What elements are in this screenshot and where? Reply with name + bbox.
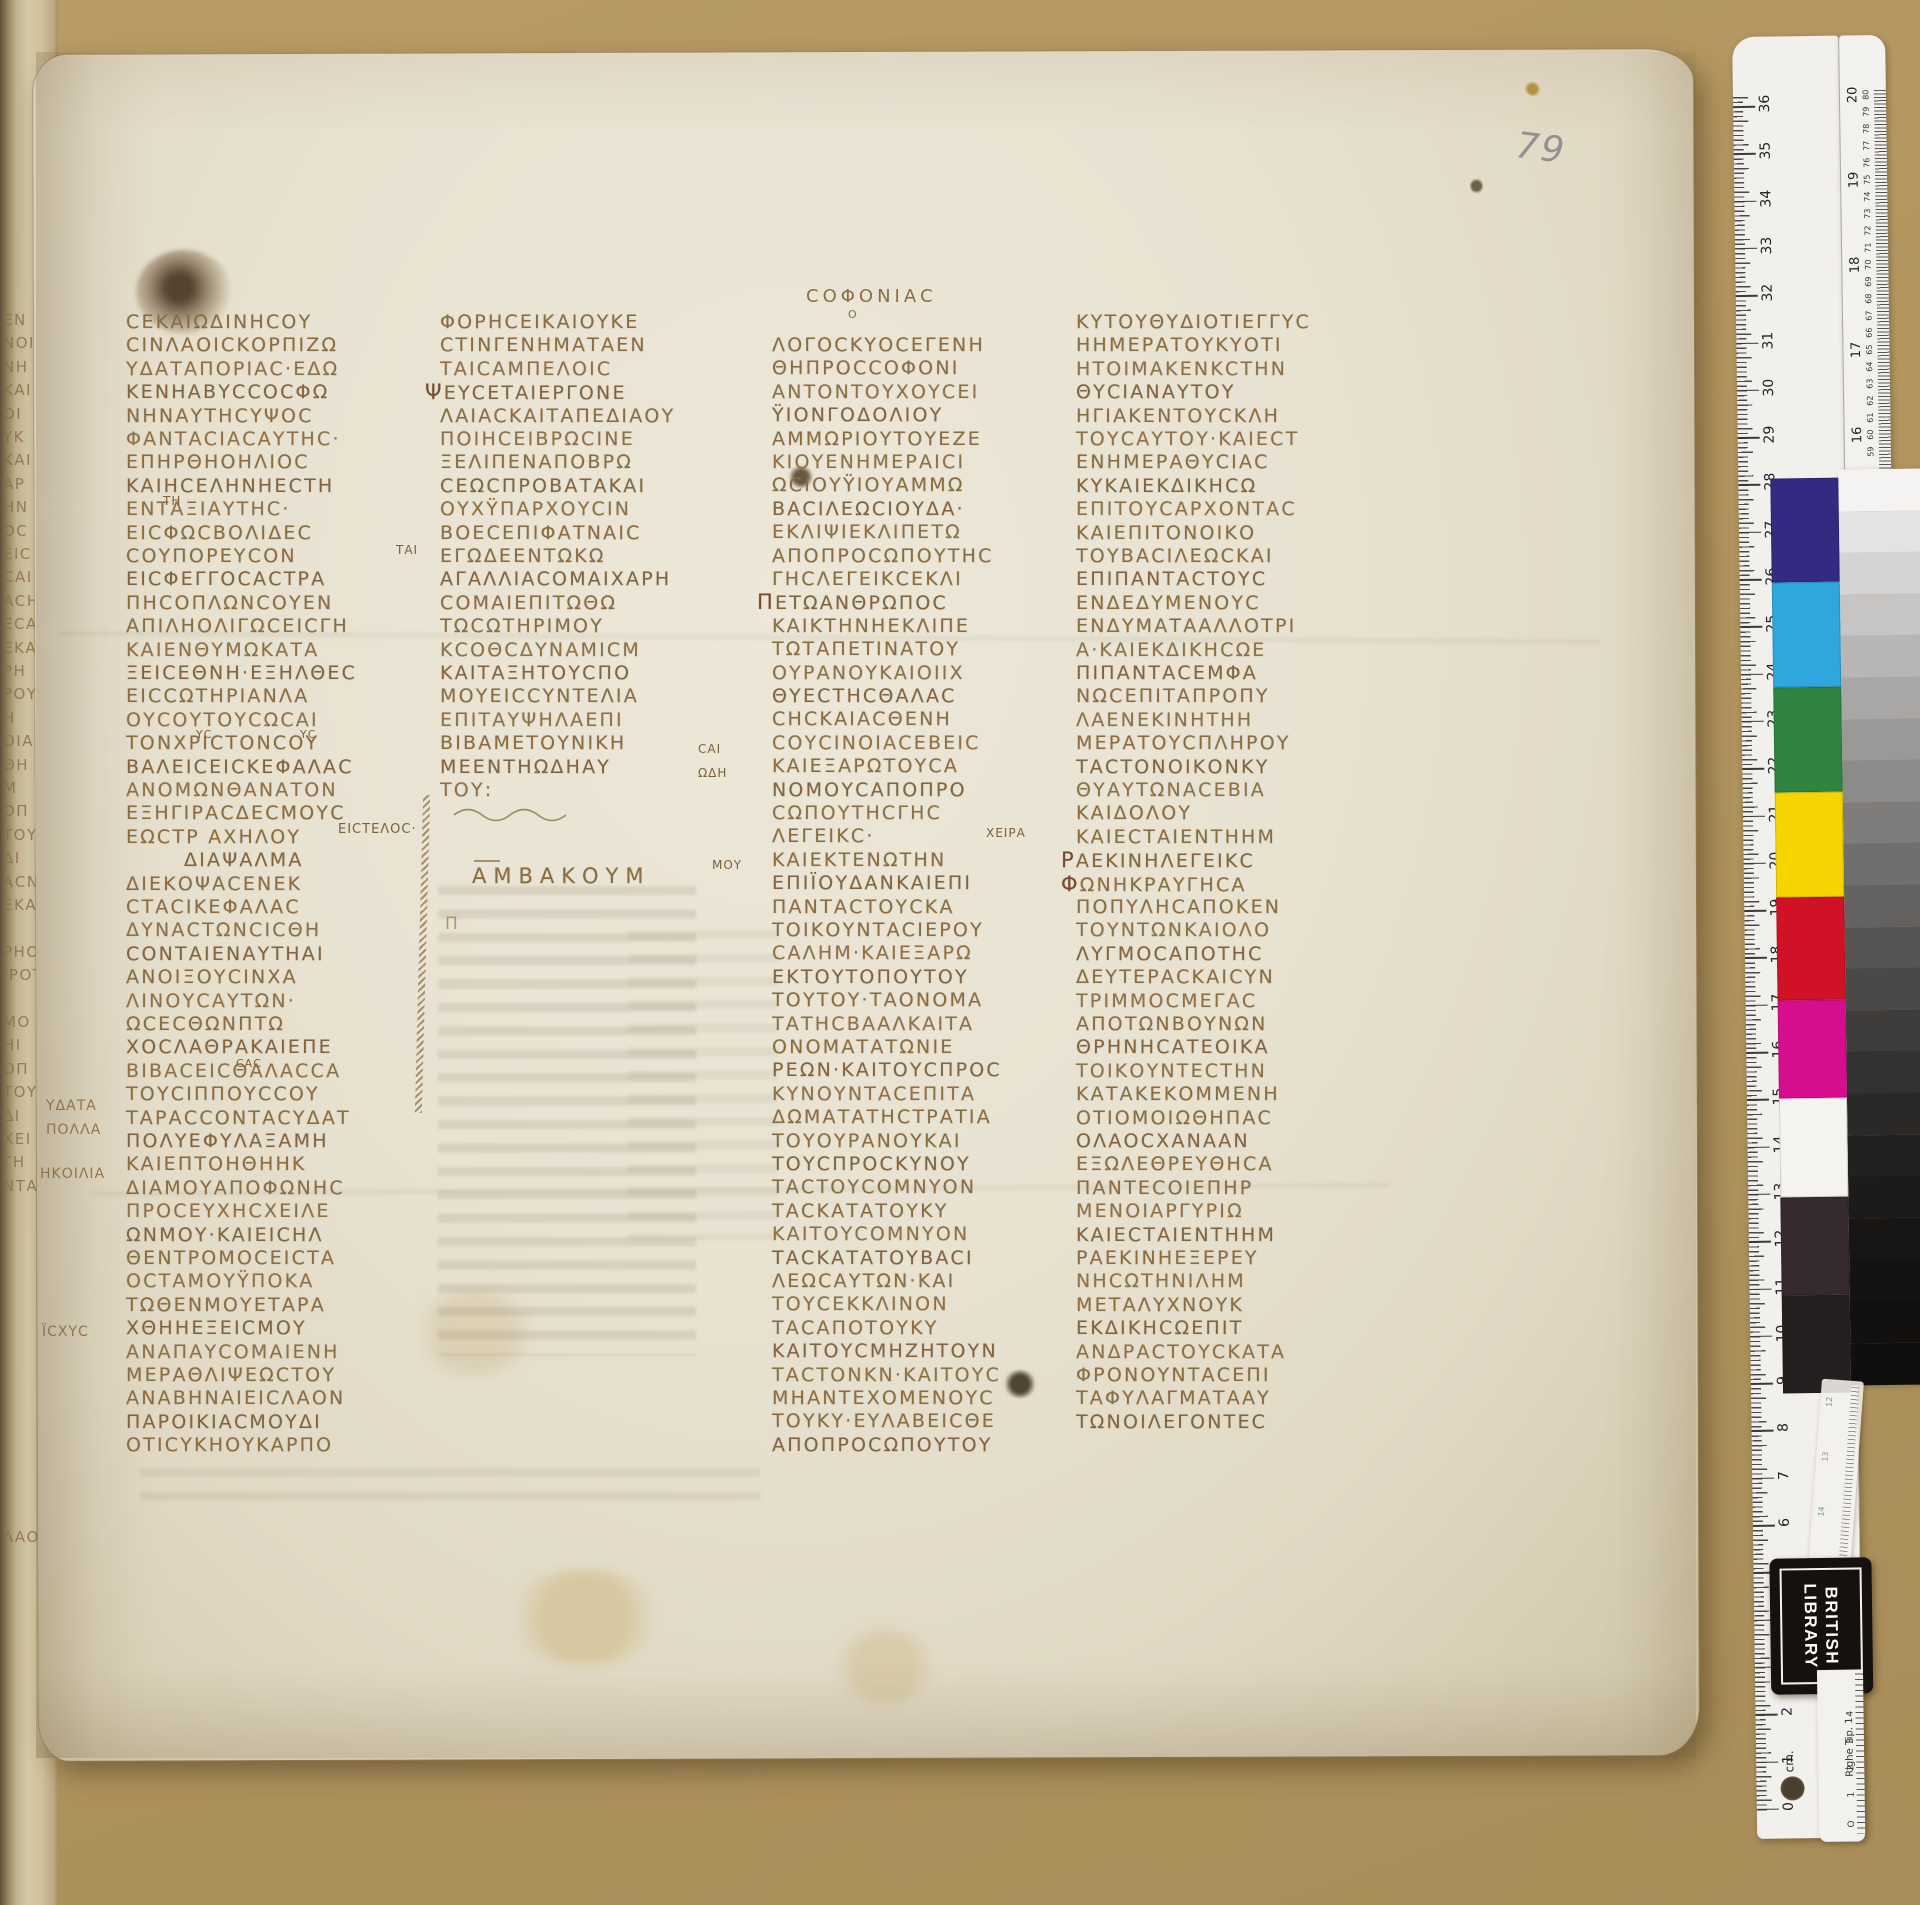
inner-scale-number: 19 [1846, 167, 1861, 193]
manuscript-line: ΤΑΙϹΑΜΠΕΛΟΙϹ [440, 358, 612, 381]
manuscript-line: ΛΕΩϹΑΥΤΩΝ·ΚΑΙ [772, 1270, 955, 1293]
manuscript-line: ΗΤΟΙΜΑΚΕΝΚϹΤΗΝ [1076, 358, 1287, 381]
color-patch-red [1776, 897, 1845, 1001]
manuscript-line: ΤΟΥΤΟΥ·ΤΑΟΝΟΜΑ [772, 989, 983, 1012]
manuscript-line: ΕΝΔΥΜΑΤΑΑΛΛΟΤΡΙ [1076, 615, 1296, 638]
cm-tick [1751, 1383, 1773, 1385]
margin-note: ΠΟΛΛΑ [46, 1122, 101, 1138]
gray-step [1842, 718, 1920, 761]
manuscript-line: ΤΑϹΤΟΝΚΝ·ΚΑΙΤΟΥϹ [772, 1364, 1001, 1387]
margin-note: ΪϹΧΥϹ [42, 1324, 89, 1340]
manuscript-line: ΕΞΗΓΙΡΑϹΔΕϹΜΟΥϹ [126, 802, 346, 825]
cm-number: 29 [1761, 420, 1777, 450]
gray-step [1850, 1342, 1920, 1385]
cm-tick [1738, 437, 1760, 439]
manuscript-line: ΥΔΑΤΑΠΟΡΙΑϹ·ΕΔΩ [126, 358, 339, 381]
manuscript-line: ΑΝΟΜΩΝΘΑΝΑΤΟΝ [126, 779, 338, 802]
manuscript-line: ΔΙΕΚΟΨΑϹΕΝΕΚ [126, 873, 302, 896]
book-subscription-habakkuk: ΑΜΒΑΚΟΥΜ [472, 864, 651, 888]
gray-step [1841, 676, 1920, 719]
manuscript-line: ΑΝΤΟΝΤΟΥΧΟΥϹΕΙ [772, 381, 979, 404]
manuscript-line: ΕΙϹΦΕΓΓΟϹΑϹΤΡΑ [126, 568, 326, 591]
cm-tick [1743, 815, 1765, 817]
manuscript-line: ΕΙϹΦΩϹΒΟΛΙΔΕϹ [126, 522, 313, 545]
corrector-note: ΤΑΙ [396, 543, 418, 557]
manuscript-line: ΟΝΟΜΑΤΑΤΩΝΙΕ [772, 1036, 954, 1059]
manuscript-line: ΤΟΥΚΥ·ΕΥΛΑΒΕΙϹΘΕ [772, 1410, 996, 1433]
manuscript-line: ΤΑϹΚΑΤΑΤΟΥΒΑϹΙ [772, 1247, 974, 1270]
manuscript-line: ΚΑΙΗϹΕΛΗΝΗΕϹΤΗ [126, 475, 334, 498]
manuscript-line: ΜΕΡΑΤΟΥϹΠΛΗΡΟΥ [1076, 732, 1291, 755]
gray-step [1843, 843, 1920, 886]
manuscript-line: ΠΡΟϹΕΥΧΗϹΧΕΙΛΕ [126, 1200, 331, 1223]
manuscript-line: ΤΩΘΕΝΜΟΥΕΤΑΡΑ [126, 1294, 326, 1317]
manuscript-line: ΤΩΝΟΙΛΕΓΟΝΤΕϹ [1076, 1411, 1267, 1434]
cm-tick [1735, 248, 1757, 250]
manuscript-line: ΩϹΙΟΥΫΙΟΥΑΜΜΩ [772, 474, 965, 497]
fine-scale-number: 60 [1866, 427, 1875, 443]
manuscript-line: ϹΟΥΠΟΡΕΥϹΟΝ [126, 545, 297, 568]
manuscript-line: ΑΝΑΠΑΥϹΟΜΑΙΕΝΗ [126, 1341, 340, 1364]
corrector-note: ΩΔΗ [698, 766, 727, 780]
manuscript-line: ΝΗΝΑΥΤΗϹΥΨΟϹ [126, 405, 314, 428]
corrector-note: ΜΟΥ [712, 858, 742, 872]
manuscript-line: ΑΠΙΛΗΟΛΙΓΩϹΕΙϹΓΗ [126, 615, 349, 638]
manuscript-line: ΜΕΕΝΤΗΩΔΗΑΥ [440, 756, 611, 779]
inner-scale-number: 20 [1845, 82, 1860, 108]
secondary-ruler: 2019181716807978777675747372717069686766… [1838, 35, 1891, 488]
manuscript-line: ΕΠΙΤΟΥϹΑΡΧΟΝΤΑϹ [1076, 498, 1297, 521]
manuscript-line: ΜΟΥΕΙϹϹΥΝΤΕΛΙΑ [440, 685, 639, 708]
cm-tick [1739, 531, 1761, 533]
cm-tick [1750, 1335, 1772, 1337]
cm-tick [1734, 153, 1756, 155]
cm-tick [1748, 1194, 1770, 1196]
cm-tick [1756, 1714, 1778, 1716]
fine-scale-number: 67 [1864, 308, 1873, 324]
cm-tick [1746, 1052, 1768, 1054]
manuscript-line: ΕΠΙΠΑΝΤΑϹΤΟΥϹ [1076, 568, 1267, 591]
manuscript-line: ΔΥΝΑϹΤΩΝϹΙϹΘΗ [126, 919, 321, 942]
inner-scale-number: 16 [1850, 422, 1865, 448]
manuscript-line: ϹΕΚΑΙΩΔΙΝΗϹΟΥ [126, 311, 312, 334]
gray-step [1850, 1300, 1920, 1343]
fine-scale-number: 76 [1862, 155, 1871, 171]
manuscript-line: ΘΕΝΤΡΟΜΟϹΕΙϹΤΑ [126, 1247, 336, 1270]
manuscript-line: ϹΤΙΝΓΕΝΗΜΑΤΑΕΝ [440, 334, 647, 357]
manuscript-line: ΘΥΑΥΤΩΝΑϹΕΒΙΑ [1076, 779, 1266, 802]
manuscript-line: ΜΕΤΑΛΥΧΝΟΥΚ [1076, 1294, 1244, 1317]
cm-tick [1736, 342, 1758, 344]
fine-scale-number: 65 [1865, 342, 1874, 358]
corrector-note: ϹΑϹ [236, 1057, 262, 1070]
manuscript-line: ΑΝΟΙΞΟΥϹΙΝΧΑ [126, 966, 298, 989]
manuscript-line: ϹΗϹΚΑΙΑϹΘΕΝΗ [772, 708, 952, 731]
color-patch-black [1782, 1295, 1851, 1394]
gray-step [1840, 635, 1920, 678]
manuscript-line: ΤΟΥΝΤΩΝΚΑΙΟΛΟ [1076, 919, 1271, 942]
manuscript-line: ΕΚΛΙΨΙΕΚΛΙΠΕΤΩ [772, 521, 962, 544]
manuscript-line: ΞΕΙϹΕΘΝΗ·ΕΞΗΛΘΕϹ [126, 662, 357, 685]
manuscript-line: ϹΑΛΗΜ·ΚΑΙΕΞΑΡΩ [772, 942, 973, 965]
label-line1: BRITISH [1821, 1583, 1843, 1669]
manuscript-line: ΤΟΥϹΕΚΚΛΙΝΟΝ [772, 1293, 949, 1316]
manuscript-line: ΒΙΒΑΜΕΤΟΥΝΙΚΗ [440, 732, 626, 755]
cm-number: 8 [1775, 1413, 1791, 1443]
manuscript-line: ϹΙΝΛΑΟΙϹΚΟΡΠΙΖΩ [126, 334, 338, 357]
quire-mark: Π [445, 914, 458, 934]
manuscript-line: ΡΑΕΚΙΝΗΕΞΕΡΕΥ [1076, 1247, 1259, 1270]
margin-note: ΥΔΑΤΑ [46, 1098, 97, 1114]
manuscript-line: ΛΑΕΝΕΚΙΝΗΤΗΗ [1076, 709, 1253, 732]
manuscript-line: ΛΥΓΜΟϹΑΠΟΤΗϹ [1076, 943, 1264, 966]
manuscript-line: ΑΝΔΡΑϹΤΟΥϹΚΑΤΑ [1076, 1341, 1286, 1364]
corrector-note: ΧΕΙΡΑ [986, 826, 1026, 840]
gray-step [1846, 1051, 1920, 1094]
corrector-note: ΥϹ [196, 728, 212, 741]
manuscript-line: ΚΥΚΑΙΕΚΔΙΚΗϹΩ [1076, 475, 1257, 498]
manuscript-line: ΤΩΤΑΠΕΤΙΝΑΤΟΥ [772, 638, 960, 661]
manuscript-line: ΠΟΛΥΕΦΥΛΑΞΑΜΗ [126, 1130, 329, 1153]
manuscript-line: ΤΑΦΥΛΑΓΜΑΤΑΑΥ [1076, 1387, 1271, 1410]
cm-number: 31 [1760, 325, 1776, 355]
manuscript-line: ΠΟΙΗϹΕΙΒΡΩϹΙΝΕ [440, 428, 635, 451]
manuscript-line: ΠΕΤΩΑΝΘΡΩΠΟϹ [772, 591, 948, 614]
manuscript-line: ΦΩΝΗΚΡΑΥΓΗϹΑ [1076, 873, 1247, 896]
end-flourish [452, 806, 572, 822]
manuscript-line: ΑΓΑΛΛΙΑϹΟΜΑΙΧΑΡΗ [440, 568, 671, 591]
manuscript-line: ΘΥΕϹΤΗϹΘΑΛΑϹ [772, 685, 957, 708]
gray-step [1849, 1259, 1920, 1302]
fine-scale-number: 72 [1863, 223, 1872, 239]
manuscript-line: ΚΑΙΕΞΑΡΩΤΟΥϹΑ [772, 755, 959, 778]
manuscript-line: ΑΠΟΠΡΟϹΩΠΟΥΤΗϹ [772, 545, 994, 568]
manuscript-line: ΚΥΝΟΥΝΤΑϹΕΠΙΤΑ [772, 1083, 976, 1106]
cm-tick [1741, 673, 1763, 675]
manuscript-line: ΤΑϹΤΟΝΟΙΚΟΝΚΥ [1076, 756, 1270, 779]
manuscript-line: ΦΡΟΝΟΥΝΤΑϹΕΠΙ [1076, 1364, 1271, 1387]
manuscript-line: ΧΘΗΗΕΞΕΙϹΜΟΥ [126, 1317, 307, 1340]
color-patch-green [1773, 687, 1842, 793]
cm-tick [1738, 484, 1760, 486]
fine-scale-number: 80 [1861, 87, 1870, 103]
cm-number: 33 [1759, 230, 1775, 260]
manuscript-line: ΩΝΜΟΥ·ΚΑΙΕΙϹΗΛ [126, 1224, 324, 1247]
manuscript-line: ΕΝΔΕΔΥΜΕΝΟΥϹ [1076, 592, 1261, 615]
manuscript-line: ΚΑΙΕΚΤΕΝΩΤΗΝ [772, 849, 946, 872]
manuscript-line: ΨΕΥϹΕΤΑΙΕΡΓΟΝΕ [440, 381, 627, 404]
cm-number: 6 [1777, 1507, 1793, 1537]
manuscript-line: ΑΝΑΒΗΝΑΙΕΙϹΛΑΟΝ [126, 1387, 345, 1410]
manuscript-line: ϹΕΩϹΠΡΟΒΑΤΑΚΑΙ [440, 475, 646, 498]
manuscript-line: ΠΗϹΟΠΛΩΝϹΟΥΕΝ [126, 592, 333, 615]
manuscript-line: ΚΑΙΕΝΘΥΜΩΚΑΤΑ [126, 639, 319, 662]
manuscript-line: ΗΓΙΑΚΕΝΤΟΥϹΚΛΗ [1076, 405, 1280, 428]
manuscript-line: ΞΕΛΙΠΕΝΑΠΟΒΡΩ [440, 451, 633, 474]
manuscript-line: ΑΠΟΠΡΟϹΩΠΟΥΤΟΥ [772, 1434, 993, 1457]
manuscript-line: ΛΙΝΟΥϹΑΥΤΩΝ· [126, 990, 296, 1013]
manuscript-line: ΛΕΓΕΙΚϹ· [772, 825, 875, 848]
manuscript-line: ΛΟΓΟϹΚΥΟϹΕΓΕΝΗ [772, 334, 985, 357]
manuscript-line: ΜΗΑΝΤΕΧΟΜΕΝΟΥϹ [772, 1387, 995, 1410]
fine-scale-number: 59 [1866, 444, 1875, 460]
manuscript-line: ΠΑΡΟΙΚΙΑϹΜΟΥΔΙ [126, 1411, 322, 1434]
title-ornament: Ο [848, 308, 857, 321]
manuscript-line: ΫΙΟΝΓΟΔΟΛΙΟΥ [772, 404, 943, 427]
manuscript-line: ΒΑϹΙΛΕΩϹΙΟΥΔΑ· [772, 498, 965, 521]
manuscript-line: ΚΑΙΕΠΤΟΗΘΗΗΚ [126, 1153, 307, 1176]
fine-scale-number: 71 [1863, 240, 1872, 256]
cm-tick [1752, 1430, 1774, 1432]
manuscript-line: ΒΑΛΕΙϹΕΙϹΚΕΦΑΛΑϹ [126, 756, 354, 779]
manuscript-line: ΤΩϹΩΤΗΡΙΜΟΥ [440, 615, 604, 638]
gray-step [1847, 1134, 1920, 1177]
gray-step [1838, 468, 1920, 511]
gray-step [1839, 552, 1920, 595]
manuscript-line: ΤΑϹΚΑΤΑΤΟΥΚΥ [772, 1200, 949, 1223]
cm-number: 32 [1759, 278, 1775, 308]
manuscript-line: ΠΑΝΤΑϹΤΟΥϹΚΑ [772, 896, 955, 919]
manuscript-line: ΔΙΑΨΑΛΜΑ [184, 849, 304, 872]
cm-tick [1740, 579, 1762, 581]
manuscript-line: ΤΟΥΟΥΡΑΝΟΥΚΑΙ [772, 1130, 962, 1153]
gray-step [1847, 1092, 1920, 1135]
manuscript-line: ΤΑϹΤΟΥϹΟΜΝΥΟΝ [772, 1176, 976, 1199]
cm-number: 34 [1758, 183, 1774, 213]
manuscript-line: ΜΕΡΑΘΛΙΨΕΩϹΤΟΥ [126, 1364, 336, 1387]
corrector-note: ΕΙϹΤΕΛΟϹ· [338, 822, 417, 837]
color-patch-white [1779, 1098, 1848, 1198]
label-text: BRITISH LIBRARY [1800, 1583, 1843, 1669]
margin-note: ΗΚΟΙΛΙΑ [40, 1166, 105, 1182]
manuscript-line: ΚΕΝΗΑΒΥϹϹΟϹΦΩ [126, 381, 329, 404]
manuscript-line: ΠΙΠΑΝΤΑϹΕΜΦΑ [1076, 662, 1258, 685]
photograph-manuscript-page: { "photo": {"backdrop_color":"#b2955f","… [0, 0, 1920, 1905]
gray-step [1840, 593, 1920, 636]
cm-tick [1733, 106, 1755, 108]
manuscript-line: ΔΕΥΤΕΡΑϹΚΑΙϹΥΝ [1076, 966, 1275, 989]
label-border: BRITISH LIBRARY [1780, 1567, 1864, 1684]
color-patch-dark-brown [1780, 1197, 1849, 1296]
cm-tick [1734, 200, 1756, 202]
manuscript-line: ΑΜΜΩΡΙΟΥΤΟΥΕΖΕ [772, 428, 982, 451]
manuscript-line: ΤΟΝΧΡΙϹΤΟΝϹΟΥ [126, 732, 319, 755]
manuscript-line: ΟΥϹΟΥΤΟΥϹΩϹΑΙ [126, 709, 319, 732]
manuscript-line: ΟΤΙϹΥΚΗΟΥΚΑΡΠΟ [126, 1434, 333, 1457]
manuscript-line: ΠΑΝΤΕϹΟΙΕΠΗΡ [1076, 1177, 1253, 1200]
manuscript-line: ΚΑΙΚΤΗΝΗΕΚΛΙΠΕ [772, 615, 970, 638]
gray-step [1846, 1009, 1920, 1052]
manuscript-line: ΦΟΡΗϹΕΙΚΑΙΟΥΚΕ [440, 311, 639, 334]
manuscript-line: ϹΟΥϹΙΝΟΙΑϹΕΒΕΙϹ [772, 732, 981, 755]
manuscript-line: ΒΟΕϹΕΠΙΦΑΤΝΑΙϹ [440, 522, 642, 545]
manuscript-line: ΕΝΗΜΕΡΑΘΥϹΙΑϹ [1076, 451, 1270, 474]
mini-ruler-number: 14 [1817, 1506, 1827, 1517]
manuscript-line: Α·ΚΑΙΕΚΔΙΚΗϹΩΕ [1076, 639, 1267, 662]
fine-scale-number: 75 [1863, 172, 1872, 188]
manuscript-line: ΒΙΒΑϹΕΙϹΘΑΛΑϹϹΑ [126, 1060, 341, 1083]
mini-ruler-number: 13 [1821, 1451, 1831, 1462]
manuscript-line: ΕΠΙΪΟΥΔΑΝΚΑΙΕΠΙ [772, 872, 972, 895]
cm-number: 36 [1757, 89, 1773, 119]
manuscript-line: ΜΕΝΟΙΑΡΓΥΡΙΩ [1076, 1200, 1244, 1223]
cm-number: 2 [1779, 1697, 1795, 1727]
manuscript-line: ΤΑΤΗϹΒΑΑΛΚΑΙΤΑ [772, 1013, 974, 1036]
manuscript-line: ΚΑΙΕΠΙΤΟΝΟΙΚΟ [1076, 522, 1256, 545]
fine-scale-number: 77 [1862, 138, 1871, 154]
mini-ruler-number: 12 [1825, 1396, 1835, 1407]
manuscript-line: ΚΑΤΑΚΕΚΟΜΜΕΝΗ [1076, 1083, 1280, 1106]
righe-number: 3 [1846, 1730, 1856, 1744]
manuscript-line: ΗΗΜΕΡΑΤΟΥΚΥΟΤΙ [1076, 334, 1283, 357]
righe-tick-comb [1855, 1673, 1865, 1833]
manuscript-line: ΕΚΤΟΥΤΟΠΟΥΤΟΥ [772, 966, 969, 989]
righe-scale: Righe Tip. 1 O1234 [1817, 1669, 1865, 1842]
manuscript-line: ΚΑΙΔΟΛΟΥ [1076, 802, 1192, 825]
manuscript-line: ΚΑΙΕϹΤΑΙΕΝΤΗΗΜ [1076, 1224, 1276, 1247]
color-patch-cyan [1772, 582, 1841, 688]
manuscript-line: ΝΟΜΟΥϹΑΠΟΠΡΟ [772, 779, 967, 802]
color-patch-magenta [1778, 1000, 1847, 1099]
manuscript-line: ΤΟΥϹΠΡΟϹΚΥΝΟΥ [772, 1153, 971, 1176]
calibration-assembly: cm. 363534333231302928272625242322212019… [1690, 26, 1920, 1879]
righe-number: 2 [1846, 1757, 1856, 1771]
manuscript-line: ΕΙϹϹΩΤΗΡΙΑΝΛΑ [126, 685, 309, 708]
manuscript-line: ΟΤΙΟΜΟΙΩΘΗΠΑϹ [1076, 1107, 1273, 1130]
cm-tick [1746, 1004, 1768, 1006]
fine-tick-comb [1874, 90, 1891, 480]
cm-number: 30 [1761, 372, 1777, 402]
manuscript-line: ΧΟϹΛΑΘΡΑΚΑΙΕΠΕ [126, 1036, 333, 1059]
manuscript-line: ΟΛΑΟϹΧΑΝΑΑΝ [1076, 1130, 1250, 1153]
manuscript-line: ΡΕΩΝ·ΚΑΙΤΟΥϹΠΡΟϹ [772, 1059, 1002, 1082]
manuscript-line: ΝΩϹΕΠΙΤΑΠΡΟΠΥ [1076, 685, 1270, 708]
manuscript-line: ΚΙΟΥΕΝΗΜΕΡΑΙϹΙ [772, 451, 965, 474]
cm-number: 0 [1781, 1791, 1797, 1821]
gray-step [1845, 968, 1920, 1011]
cm-number: 1 [1780, 1744, 1796, 1774]
manuscript-line: ΚΥΤΟΥΘΥΔΙΟΤΙΕΓΓΥϹ [1076, 311, 1311, 334]
corrector-note: ϹΑΙ [698, 742, 721, 756]
cm-tick [1744, 910, 1766, 912]
manuscript-line: ΕΚΔΙΚΗϹΩΕΠΙΤ [1076, 1317, 1244, 1340]
manuscript-line: ΚϹΟΘϹΔΥΝΑΜΙϹΜ [440, 639, 641, 662]
cm-tick [1757, 1808, 1779, 1810]
cm-tick [1748, 1146, 1770, 1148]
manuscript-line: ϹΤΑϹΙΚΕΦΑΛΑϹ [126, 896, 301, 919]
cm-number: 35 [1758, 136, 1774, 166]
manuscript-line: ΟΥΧΫΠΑΡΧΟΥϹΙΝ [440, 498, 631, 521]
manuscript-line: ΘΡΗΝΗϹΑΤΕΟΙΚΑ [1076, 1036, 1270, 1059]
manuscript-line: ΔΩΜΑΤΑΤΗϹΤΡΑΤΙΑ [772, 1106, 992, 1129]
fine-scale-number: 66 [1865, 325, 1874, 341]
gray-step [1849, 1217, 1920, 1260]
running-title-zephaniah: ϹΟΦΟΝΙΑϹ [806, 286, 937, 307]
manuscript-line: ϹΟΝΤΑΙΕΝΑΥΤΗΑΙ [126, 943, 325, 966]
manuscript-line: ΤΟΥ: [440, 779, 493, 802]
manuscript-line: ΤΑΡΑϹϹΟΝΤΑϹΥΔΑΤ [126, 1107, 351, 1130]
cm-tick [1737, 390, 1759, 392]
manuscript-line: ΓΗϹΛΕΓΕΙΚϹΕΚΛΙ [772, 568, 963, 591]
fine-scale-number: 74 [1863, 189, 1872, 205]
inner-scale-number: 17 [1849, 337, 1864, 363]
manuscript-line: ΚΑΙΕϹΤΑΙΕΝΤΗΗΜ [1076, 826, 1276, 849]
manuscript-line: ΤΟΙΚΟΥΝΤΕϹΤΗΝ [1076, 1060, 1267, 1083]
manuscript-line: ΠΟΠΥΛΗϹΑΠΟΚΕΝ [1076, 896, 1281, 919]
manuscript-line: ΕΩϹΤΡ ΑΧΗΛΟΥ [126, 826, 301, 849]
manuscript-line: ΤΟΥϹΑΥΤΟΥ·ΚΑΙΕϹΤ [1076, 428, 1299, 451]
manuscript-line: ΤΟΥΒΑϹΙΛΕΩϹΚΑΙ [1076, 545, 1274, 568]
cm-tick [1742, 721, 1764, 723]
color-patch-indigo [1770, 478, 1839, 583]
manuscript-line: ΛΑΙΑϹΚΑΙΤΑΠΕΔΙΑΟΥ [440, 405, 675, 428]
manuscript-line: ΤΡΙΜΜΟϹΜΕΓΑϹ [1076, 990, 1257, 1013]
manuscript-line: ΕΓΩΔΕΕΝΤΩΚΩ [440, 545, 606, 568]
manuscript-line: ϹΟΜΑΙΕΠΙΤΩΘΩ [440, 592, 617, 615]
fine-scale-number: 78 [1862, 121, 1871, 137]
fine-scale-number: 69 [1864, 274, 1873, 290]
manuscript-line: ΘΗΠΡΟϹϹΟΦΟΝΙ [772, 357, 960, 380]
cm-tick [1747, 1099, 1769, 1101]
cm-tick [1749, 1241, 1771, 1243]
manuscript-line: ΟΥΡΑΝΟΥΚΑΙΟΙΙΧ [772, 662, 965, 685]
corrector-note: ΤΗ [163, 494, 181, 508]
gray-step [1845, 926, 1920, 969]
manuscript-line: ΔΙΑΜΟΥΑΠΟΦΩΝΗϹ [126, 1177, 345, 1200]
manuscript-line: ΤΑϹΑΠΟΤΟΥΚΥ [772, 1317, 939, 1340]
manuscript-line: ΝΗϹΩΤΗΝΙΛΗΜ [1076, 1270, 1246, 1293]
manuscript-line: ΕΝΤΑΞΙΑΥΤΗϹ· [126, 498, 291, 521]
manuscript-line: ΕΞΩΛΕΘΡΕΥΘΗϹΑ [1076, 1153, 1274, 1176]
manuscript-line: ΑΠΟΤΩΝΒΟΥΝΩΝ [1076, 1013, 1268, 1036]
fine-scale-number: 63 [1865, 376, 1874, 392]
righe-number: 4 [1845, 1703, 1855, 1717]
fine-scale-number: 79 [1862, 104, 1871, 120]
fine-scale-number: 61 [1866, 410, 1875, 426]
cm-tick [1744, 862, 1766, 864]
manuscript-line: ΚΑΙΤΑΞΗΤΟΥϹΠΟ [440, 662, 631, 685]
fine-scale-number: 70 [1864, 257, 1873, 273]
cm-tick [1756, 1761, 1778, 1763]
corrector-note: ΥϹ [300, 728, 316, 741]
color-calibration-strip [1690, 26, 1920, 29]
manuscript-line: ϹΩΠΟΥΤΗϹΓΗϹ [772, 802, 942, 825]
manuscript-line: ΕΠΙΤΑΥΨΗΛΑΕΠΙ [440, 709, 624, 732]
gray-step [1844, 884, 1920, 927]
cm-tick [1736, 295, 1758, 297]
manuscript-line: ΘΥϹΙΑΝΑΥΤΟΥ [1076, 381, 1236, 404]
cm-tick [1745, 957, 1767, 959]
label-line2: LIBRARY [1800, 1583, 1822, 1669]
manuscript-line: ΚΑΙΤΟΥϹΟΜΝΥΟΝ [772, 1223, 969, 1246]
folio-number-pencil: 79 [1514, 125, 1568, 172]
manuscript-line: ΡΑΕΚΙΝΗΛΕΓΕΙΚϹ [1076, 849, 1255, 872]
fine-scale-number: 73 [1863, 206, 1872, 222]
manuscript-line: ΤΟΥϹΙΠΠΟΥϹϹΟΥ [126, 1083, 320, 1106]
manuscript-line: ΤΟΙΚΟΥΝΤΑϹΙΕΡΟΥ [772, 919, 984, 942]
gray-step [1842, 760, 1920, 803]
gray-step [1839, 510, 1920, 553]
inner-scale-number: 18 [1848, 252, 1863, 278]
manuscript-line: ΚΑΙΤΟΥϹΜΗΖΗΤΟΥΝ [772, 1340, 998, 1363]
cm-tick [1740, 626, 1762, 628]
righe-zero: O [1847, 1814, 1857, 1828]
fine-scale-number: 62 [1866, 393, 1875, 409]
fine-scale-number: 68 [1864, 291, 1873, 307]
grayscale-step-wedge [1838, 468, 1920, 1384]
cm-number: 7 [1776, 1460, 1792, 1490]
manuscript-line: ΦΑΝΤΑϹΙΑϹΑΥΤΗϹ· [126, 428, 341, 451]
